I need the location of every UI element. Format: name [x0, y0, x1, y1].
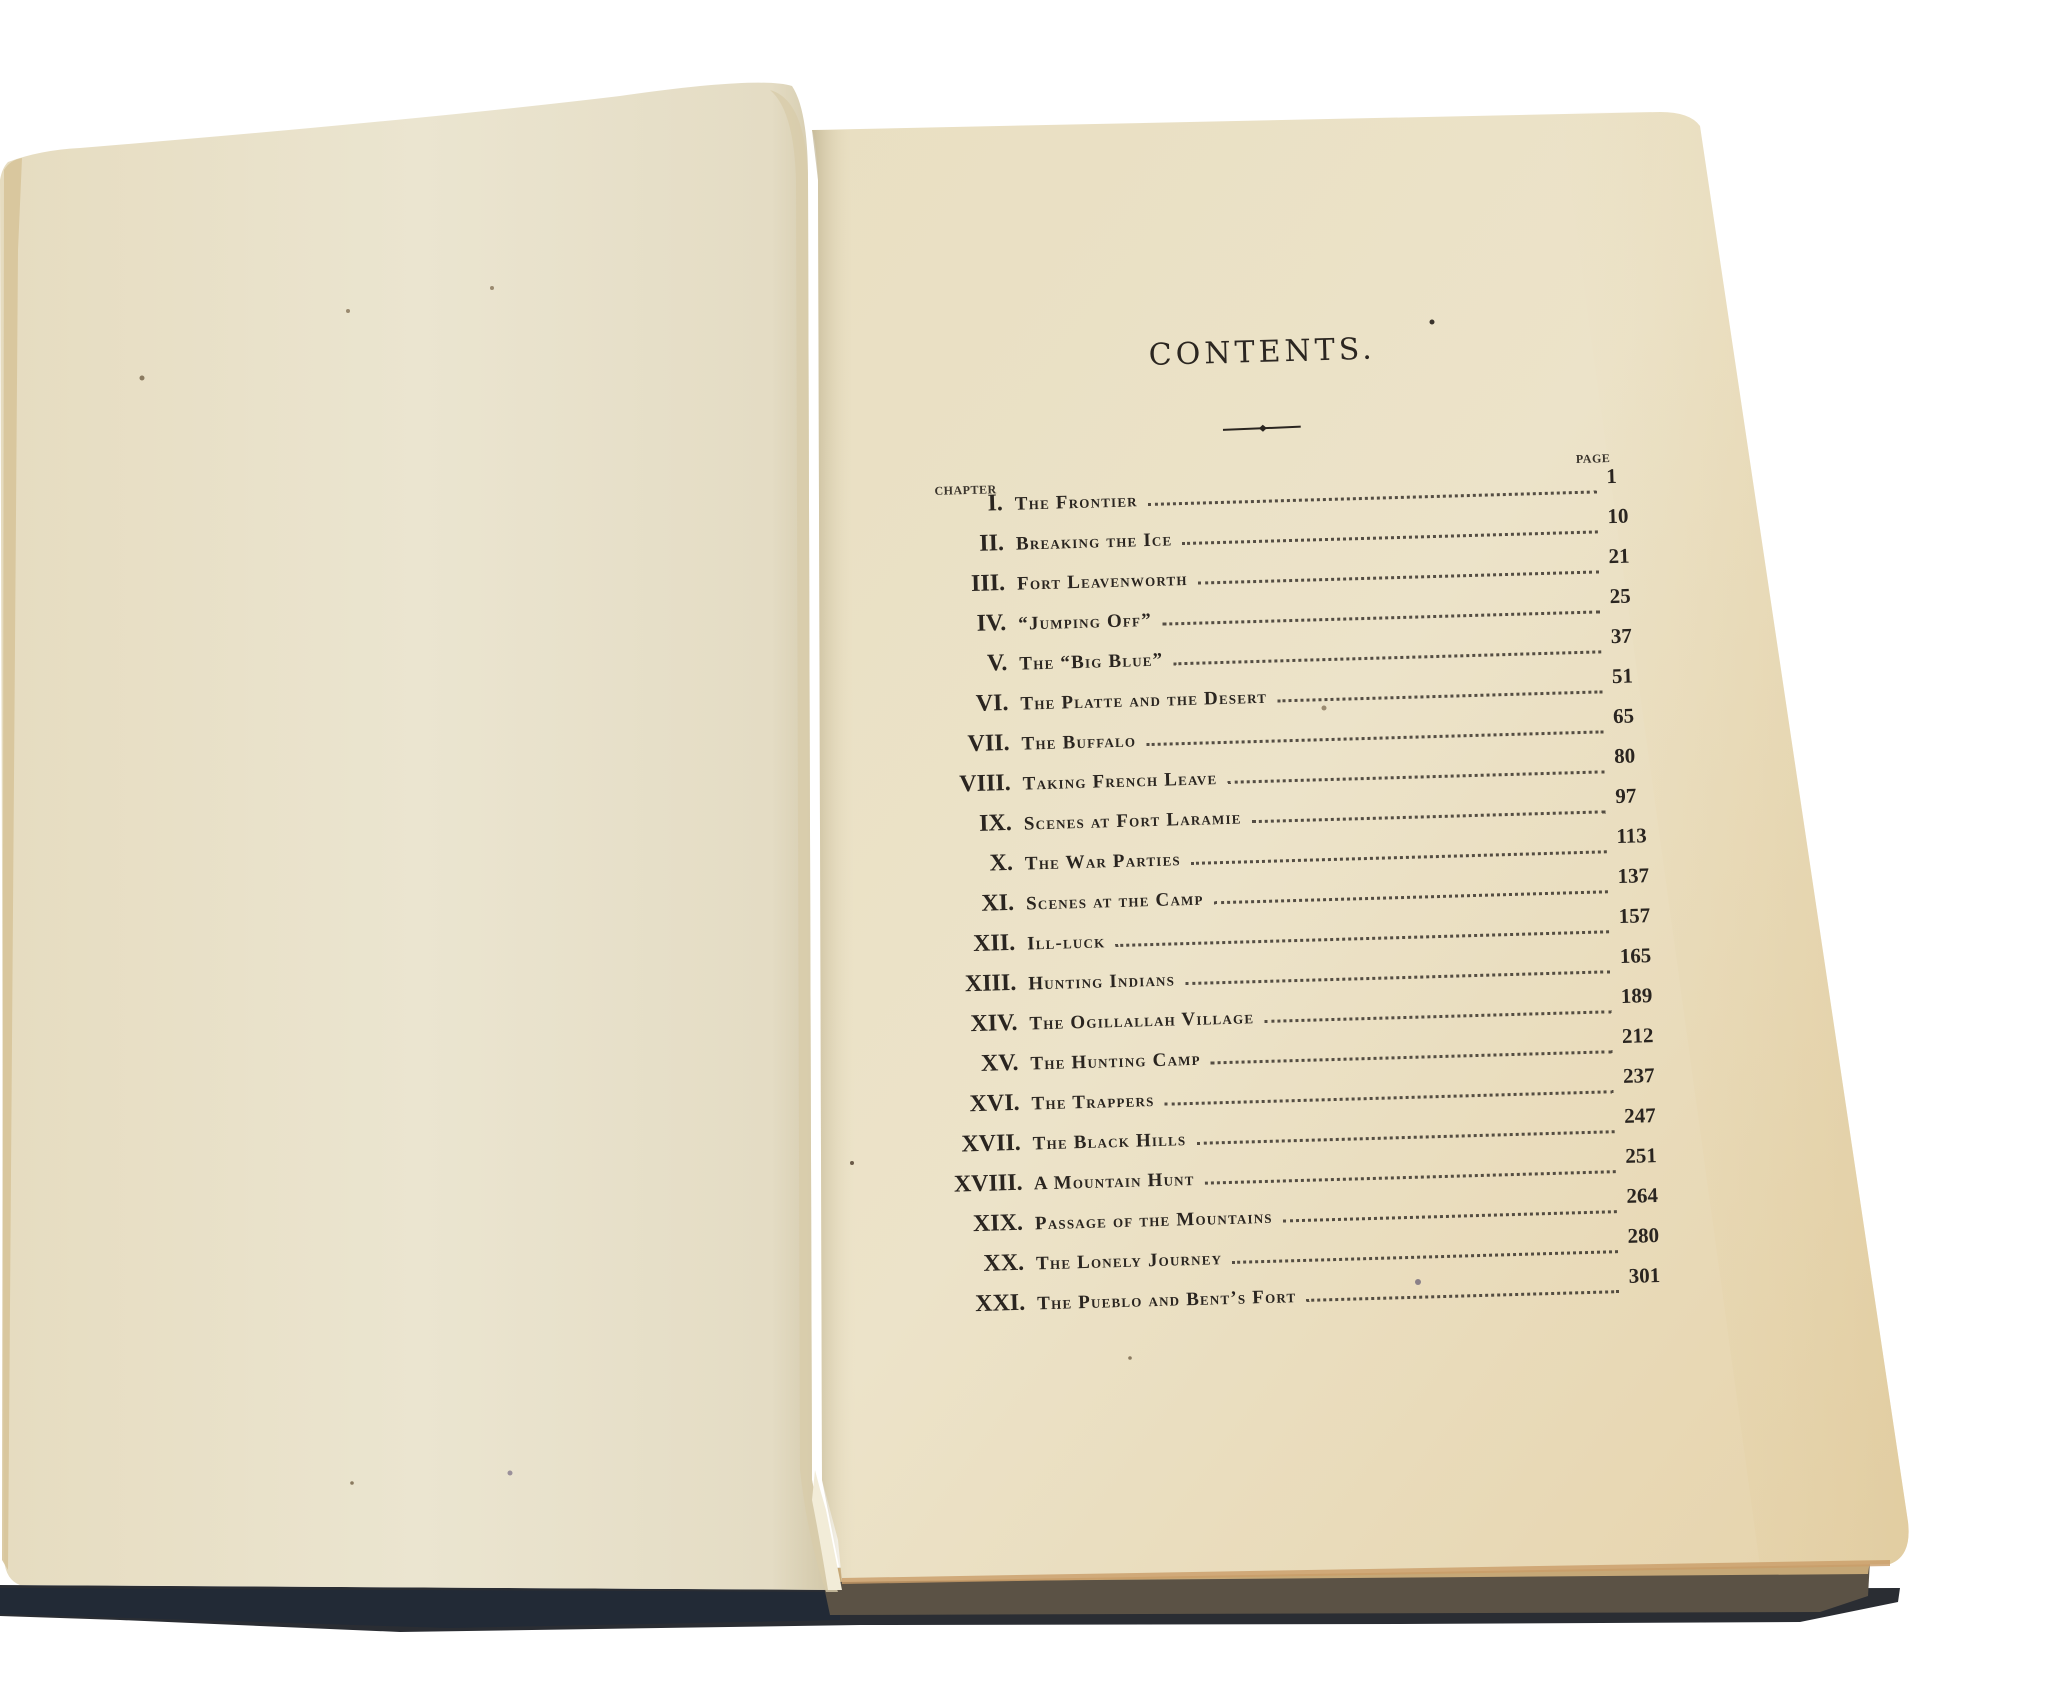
chapter-title: Passage of the Mountains [1035, 1207, 1273, 1236]
chapter-title: The Frontier [1015, 490, 1138, 515]
dot-leader [1227, 769, 1604, 784]
book-photo: CONTENTS. CHAPTER PAGE I.The Frontier1 I… [0, 0, 2048, 1697]
page-number: 264 [1626, 1183, 1675, 1209]
page-number: 10 [1607, 503, 1656, 529]
contents-heading: CONTENTS. [1148, 332, 1376, 373]
chapter-title: The Lonely Journey [1036, 1248, 1223, 1275]
page-number: 212 [1622, 1023, 1671, 1049]
chapter-title: The War Parties [1025, 849, 1182, 875]
chapter-number: XVII. [952, 1129, 1033, 1158]
chapter-number: II. [936, 530, 1017, 559]
page-number: 65 [1613, 703, 1662, 729]
chapter-number: IV. [938, 610, 1019, 639]
chapter-title: Scenes at the Camp [1026, 889, 1204, 916]
chapter-title: Taking French Leave [1022, 768, 1217, 795]
page-number: 37 [1610, 623, 1659, 649]
contents-list: I.The Frontier1 II.Breaking the Ice10 II… [935, 472, 1678, 1332]
left-page [0, 83, 838, 1590]
chapter-title: The Buffalo [1021, 730, 1136, 755]
chapter-number: VIII. [942, 770, 1023, 799]
chapter-number: XIII. [948, 970, 1029, 999]
page-number: 97 [1615, 783, 1664, 809]
dot-leader [1232, 1249, 1618, 1264]
dot-leader [1146, 729, 1603, 746]
chapter-title: The Platte and the Desert [1020, 687, 1267, 716]
chapter-number: XVI. [951, 1089, 1032, 1118]
dot-leader [1191, 849, 1607, 865]
chapter-title: Breaking the Ice [1016, 529, 1173, 555]
page-number: 80 [1614, 743, 1663, 769]
chapter-title: The Ogillallah Village [1029, 1007, 1254, 1035]
page-number: 137 [1617, 863, 1666, 889]
page-number: 280 [1627, 1223, 1676, 1249]
dot-leader [1252, 809, 1606, 823]
dot-leader [1277, 689, 1602, 702]
chapter-title: A Mountain Hunt [1034, 1169, 1195, 1195]
page-number: 21 [1608, 543, 1657, 569]
page-number: 165 [1619, 943, 1668, 969]
chapter-number: XXI. [957, 1289, 1038, 1318]
dot-leader [1196, 1129, 1614, 1145]
page-number: 247 [1624, 1103, 1673, 1129]
dot-leader [1264, 1009, 1611, 1023]
dot-leader [1115, 929, 1609, 947]
chapter-number: IX. [943, 810, 1024, 839]
page-number: 113 [1616, 823, 1665, 849]
chapter-title: The Black Hills [1032, 1129, 1186, 1155]
dot-leader [1165, 1089, 1614, 1106]
chapter-title: The Pueblo and Bent’s Fort [1037, 1286, 1297, 1315]
chapter-number: V. [939, 650, 1020, 679]
chapter-number: XI. [946, 890, 1027, 919]
chapter-number: XIV. [949, 1010, 1030, 1039]
dot-leader [1283, 1209, 1617, 1222]
page-number: 1 [1606, 463, 1655, 489]
chapter-title: Hunting Indians [1028, 969, 1175, 995]
chapter-title: Fort Leavenworth [1017, 569, 1188, 596]
chapter-title: Scenes at Fort Laramie [1024, 807, 1242, 835]
dot-leader [1211, 1049, 1613, 1064]
chapter-number: XIX. [955, 1209, 1036, 1238]
chapter-title: “Jumping Off” [1018, 610, 1152, 636]
dot-leader [1185, 969, 1610, 985]
chapter-number: XV. [950, 1049, 1031, 1078]
page-number: 251 [1625, 1143, 1674, 1169]
dot-leader [1148, 489, 1597, 506]
chapter-number: VI. [940, 690, 1021, 719]
chapter-title: The “Big Blue” [1019, 650, 1164, 676]
divider-ornament-icon [1223, 422, 1301, 436]
chapter-number: XII. [947, 930, 1028, 959]
chapter-title: The Trappers [1031, 1090, 1154, 1115]
dot-leader [1214, 889, 1608, 904]
chapter-number: X. [945, 850, 1026, 879]
page-number: 301 [1628, 1263, 1677, 1289]
dot-leader [1205, 1169, 1616, 1184]
chapter-title: Ill-luck [1027, 931, 1106, 955]
chapter-number: III. [937, 570, 1018, 599]
chapter-title: The Hunting Camp [1030, 1049, 1201, 1076]
dot-leader [1173, 649, 1601, 665]
page-number: 157 [1618, 903, 1667, 929]
dot-leader [1306, 1289, 1619, 1302]
page-number: 237 [1623, 1063, 1672, 1089]
chapter-number: XVIII. [954, 1169, 1035, 1198]
dot-leader [1198, 569, 1599, 584]
dot-leader [1182, 529, 1598, 545]
page-number: 189 [1621, 983, 1670, 1009]
chapter-number: XX. [956, 1249, 1037, 1278]
page-number: 51 [1612, 663, 1661, 689]
chapter-number: I. [935, 490, 1016, 519]
dot-leader [1162, 609, 1600, 625]
page-number: 25 [1609, 583, 1658, 609]
chapter-number: VII. [941, 730, 1022, 759]
